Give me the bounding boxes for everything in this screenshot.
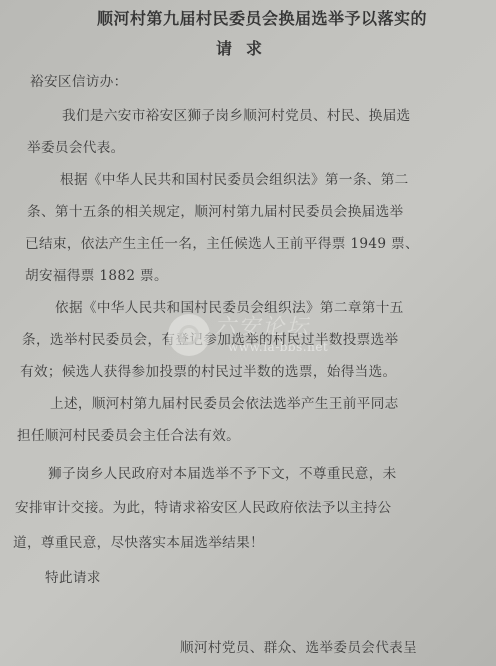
document-photo: 顺河村第九届村民委员会换届选举予以落实的 请求 裕安区信访办： 我们是六安市裕安… bbox=[0, 0, 496, 666]
closing: 特此请求 bbox=[45, 566, 101, 586]
body-line: 我们是六安市裕安区狮子岗乡顺河村党员、村民、换届选 bbox=[62, 104, 411, 124]
body-line: 有效；候选人获得参加投票的村民过半数的选票，始得当选。 bbox=[20, 360, 396, 380]
body-line: 依据《中华人民共和国村民委员会组织法》第二章第十五 bbox=[55, 296, 404, 316]
body-line: 狮子岗乡人民政府对本届选举不予下文，不尊重民意，未 bbox=[48, 462, 397, 482]
body-line: 道，尊重民意，尽快落实本届选举结果！ bbox=[13, 531, 264, 551]
document-subtitle: 请求 bbox=[0, 36, 494, 59]
body-line: 已结束，依法产生主任一名，主任候选人王前平得票 1949 票、 bbox=[25, 232, 419, 252]
body-line: 上述，顺河村第九届村民委员会依法选举产生王前平同志 bbox=[50, 392, 399, 412]
body-line: 安排审计交接。为此，特请求裕安区人民政府依法予以主持公 bbox=[15, 496, 391, 516]
body-line: 条、第十五条的相关规定，顺河村第九届村民委员会换届选举 bbox=[27, 200, 403, 220]
body-line: 举委员会代表。 bbox=[27, 136, 125, 156]
signature: 顺河村党员、群众、选举委员会代表呈 bbox=[180, 636, 417, 656]
body-line: 根据《中华人民共和国村民委员会组织法》第一条、第二 bbox=[60, 168, 409, 188]
body-line: 条，选举村民委员会，有登记参加选举的村民过半数投票选举 bbox=[22, 328, 398, 348]
body-line: 担任顺河村民委员会主任合法有效。 bbox=[17, 424, 240, 444]
body-line: 胡安福得票 1882 票。 bbox=[25, 264, 168, 284]
document-title: 顺河村第九届村民委员会换届选举予以落实的 bbox=[14, 6, 496, 29]
salutation: 裕安区信访办： bbox=[30, 70, 128, 90]
